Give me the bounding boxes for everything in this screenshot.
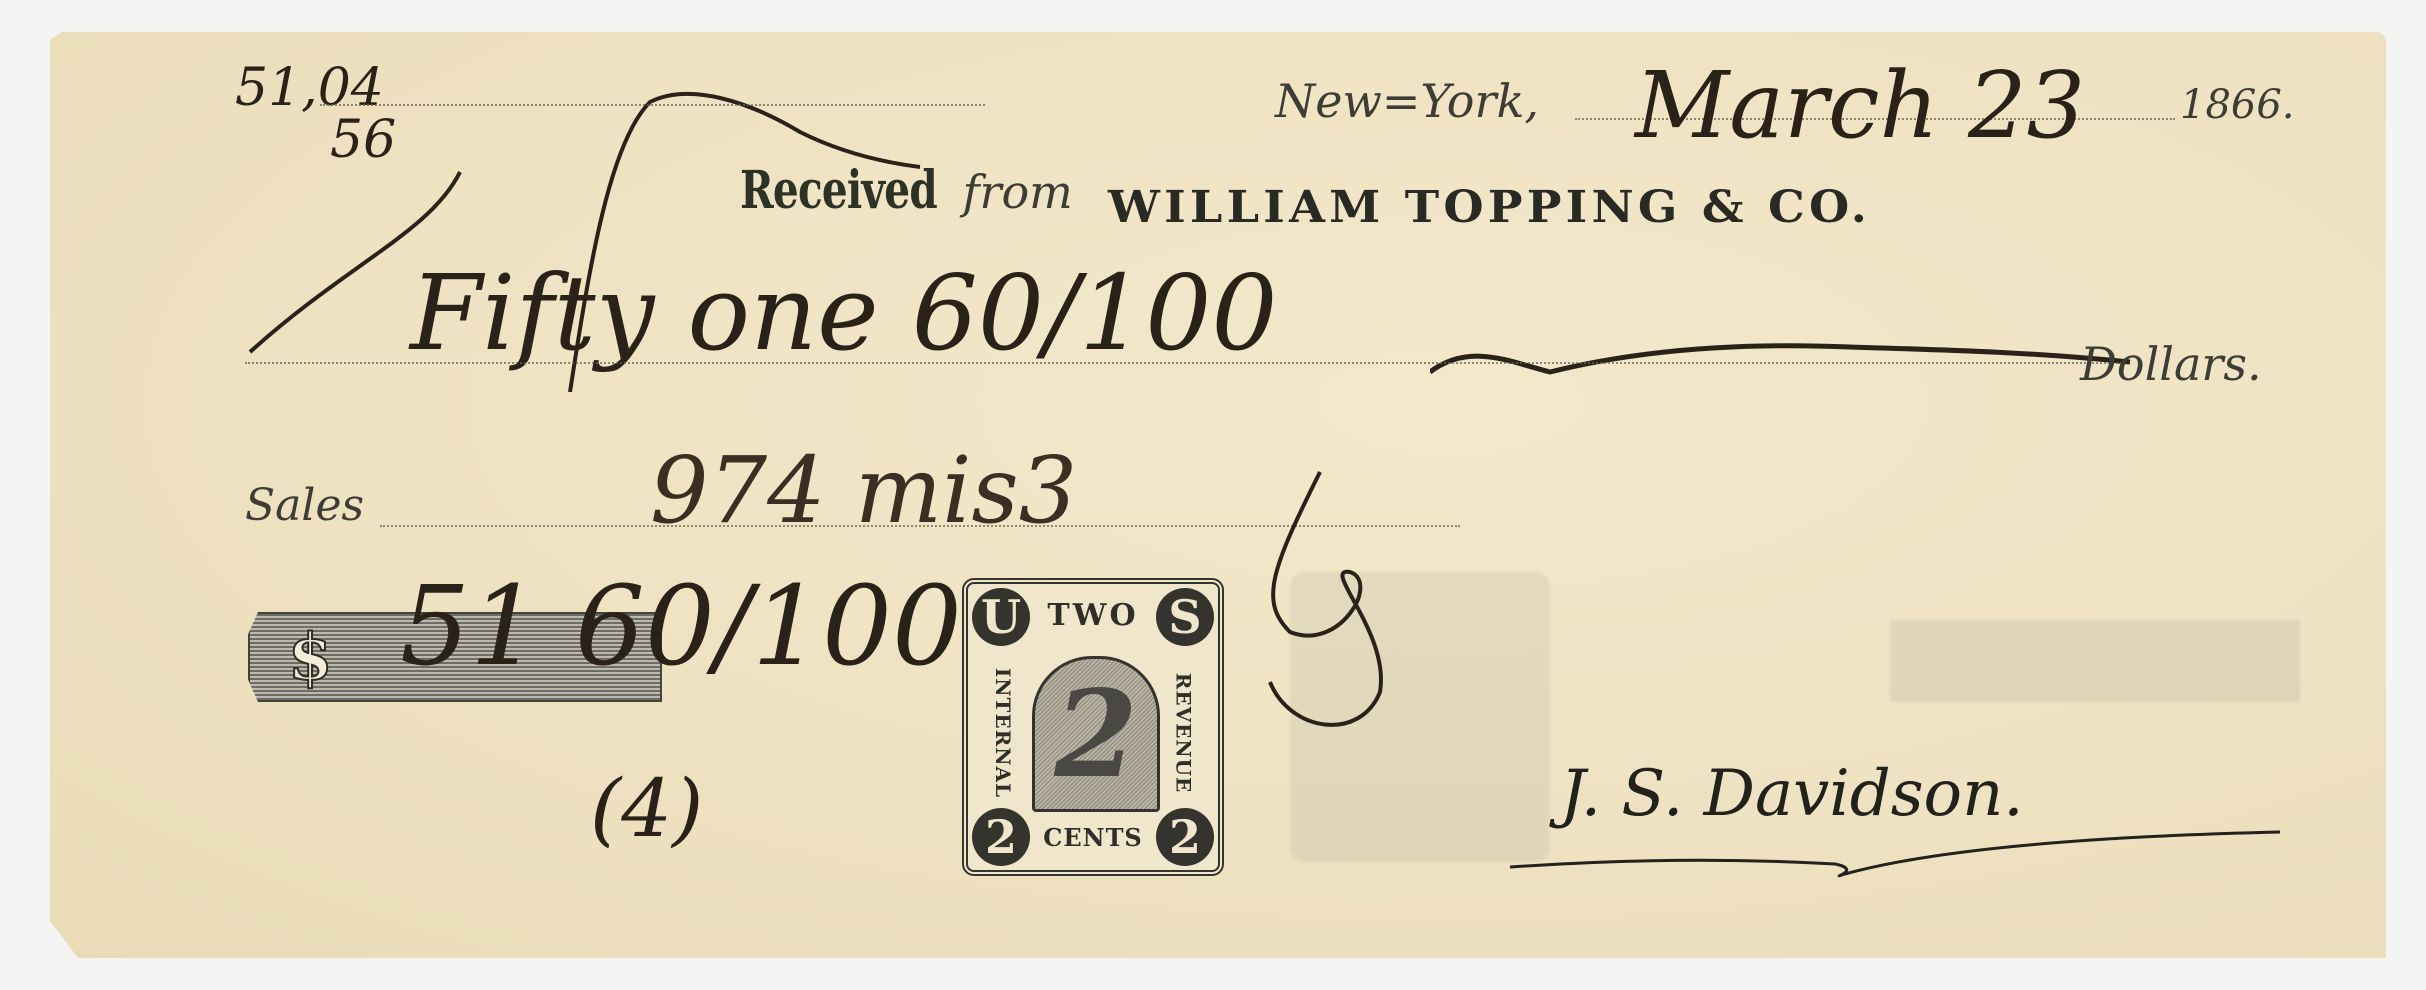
ghost-amount-box [1890,620,2300,702]
dollars-label: Dollars. [2080,337,2262,391]
dollar-sign-icon: $ [288,620,333,695]
stamp-left-text-wrap: INTERNAL [988,660,1018,806]
company-name: WILLIAM TOPPING & CO. [1108,182,1871,233]
amount-box-handwritten: 51 60/100 [400,562,962,690]
stamp-corner-2-right: 2 [1156,808,1214,866]
stamp-top-text: TWO [1038,598,1148,633]
amount-words-handwritten: Fifty one 60/100 [410,252,1278,374]
stamp-right-text: REVENUE [1171,673,1195,794]
stamp-corner-2-left: 2 [972,808,1030,866]
year-label: 1866. [2180,82,2295,128]
sales-handwritten: 974 mis3 [650,437,1077,544]
revenue-stamp: U S 2 2 TWO INTERNAL REVENUE 2 CENTS [962,578,1224,876]
receipt-paper: 51,04 56 New=York, March 23 1866. Receiv… [50,32,2386,958]
place-label: New=York, [1275,74,1539,128]
stamp-corner-s: S [1156,588,1214,646]
amount-note-below: (4) [590,762,703,855]
received-word: Received [740,160,937,221]
stamp-center-numeral: 2 [1032,656,1160,812]
signature: J. S. Davidson. [1560,757,2024,831]
top-rule [320,104,985,106]
stamp-left-text: INTERNAL [991,668,1015,798]
date-handwritten: March 23 [1635,52,2085,159]
dollars-rule [245,362,2125,364]
sales-label: Sales [245,480,364,531]
stamp-corner-u: U [972,588,1030,646]
stamp-bottom-text: CENTS [1038,823,1148,852]
signature-underline [1505,822,2285,882]
from-word: from [962,165,1072,219]
stamp-right-text-wrap: REVENUE [1168,660,1198,806]
received-heading: Received from [740,160,1073,221]
sales-flourish [1230,452,1430,752]
